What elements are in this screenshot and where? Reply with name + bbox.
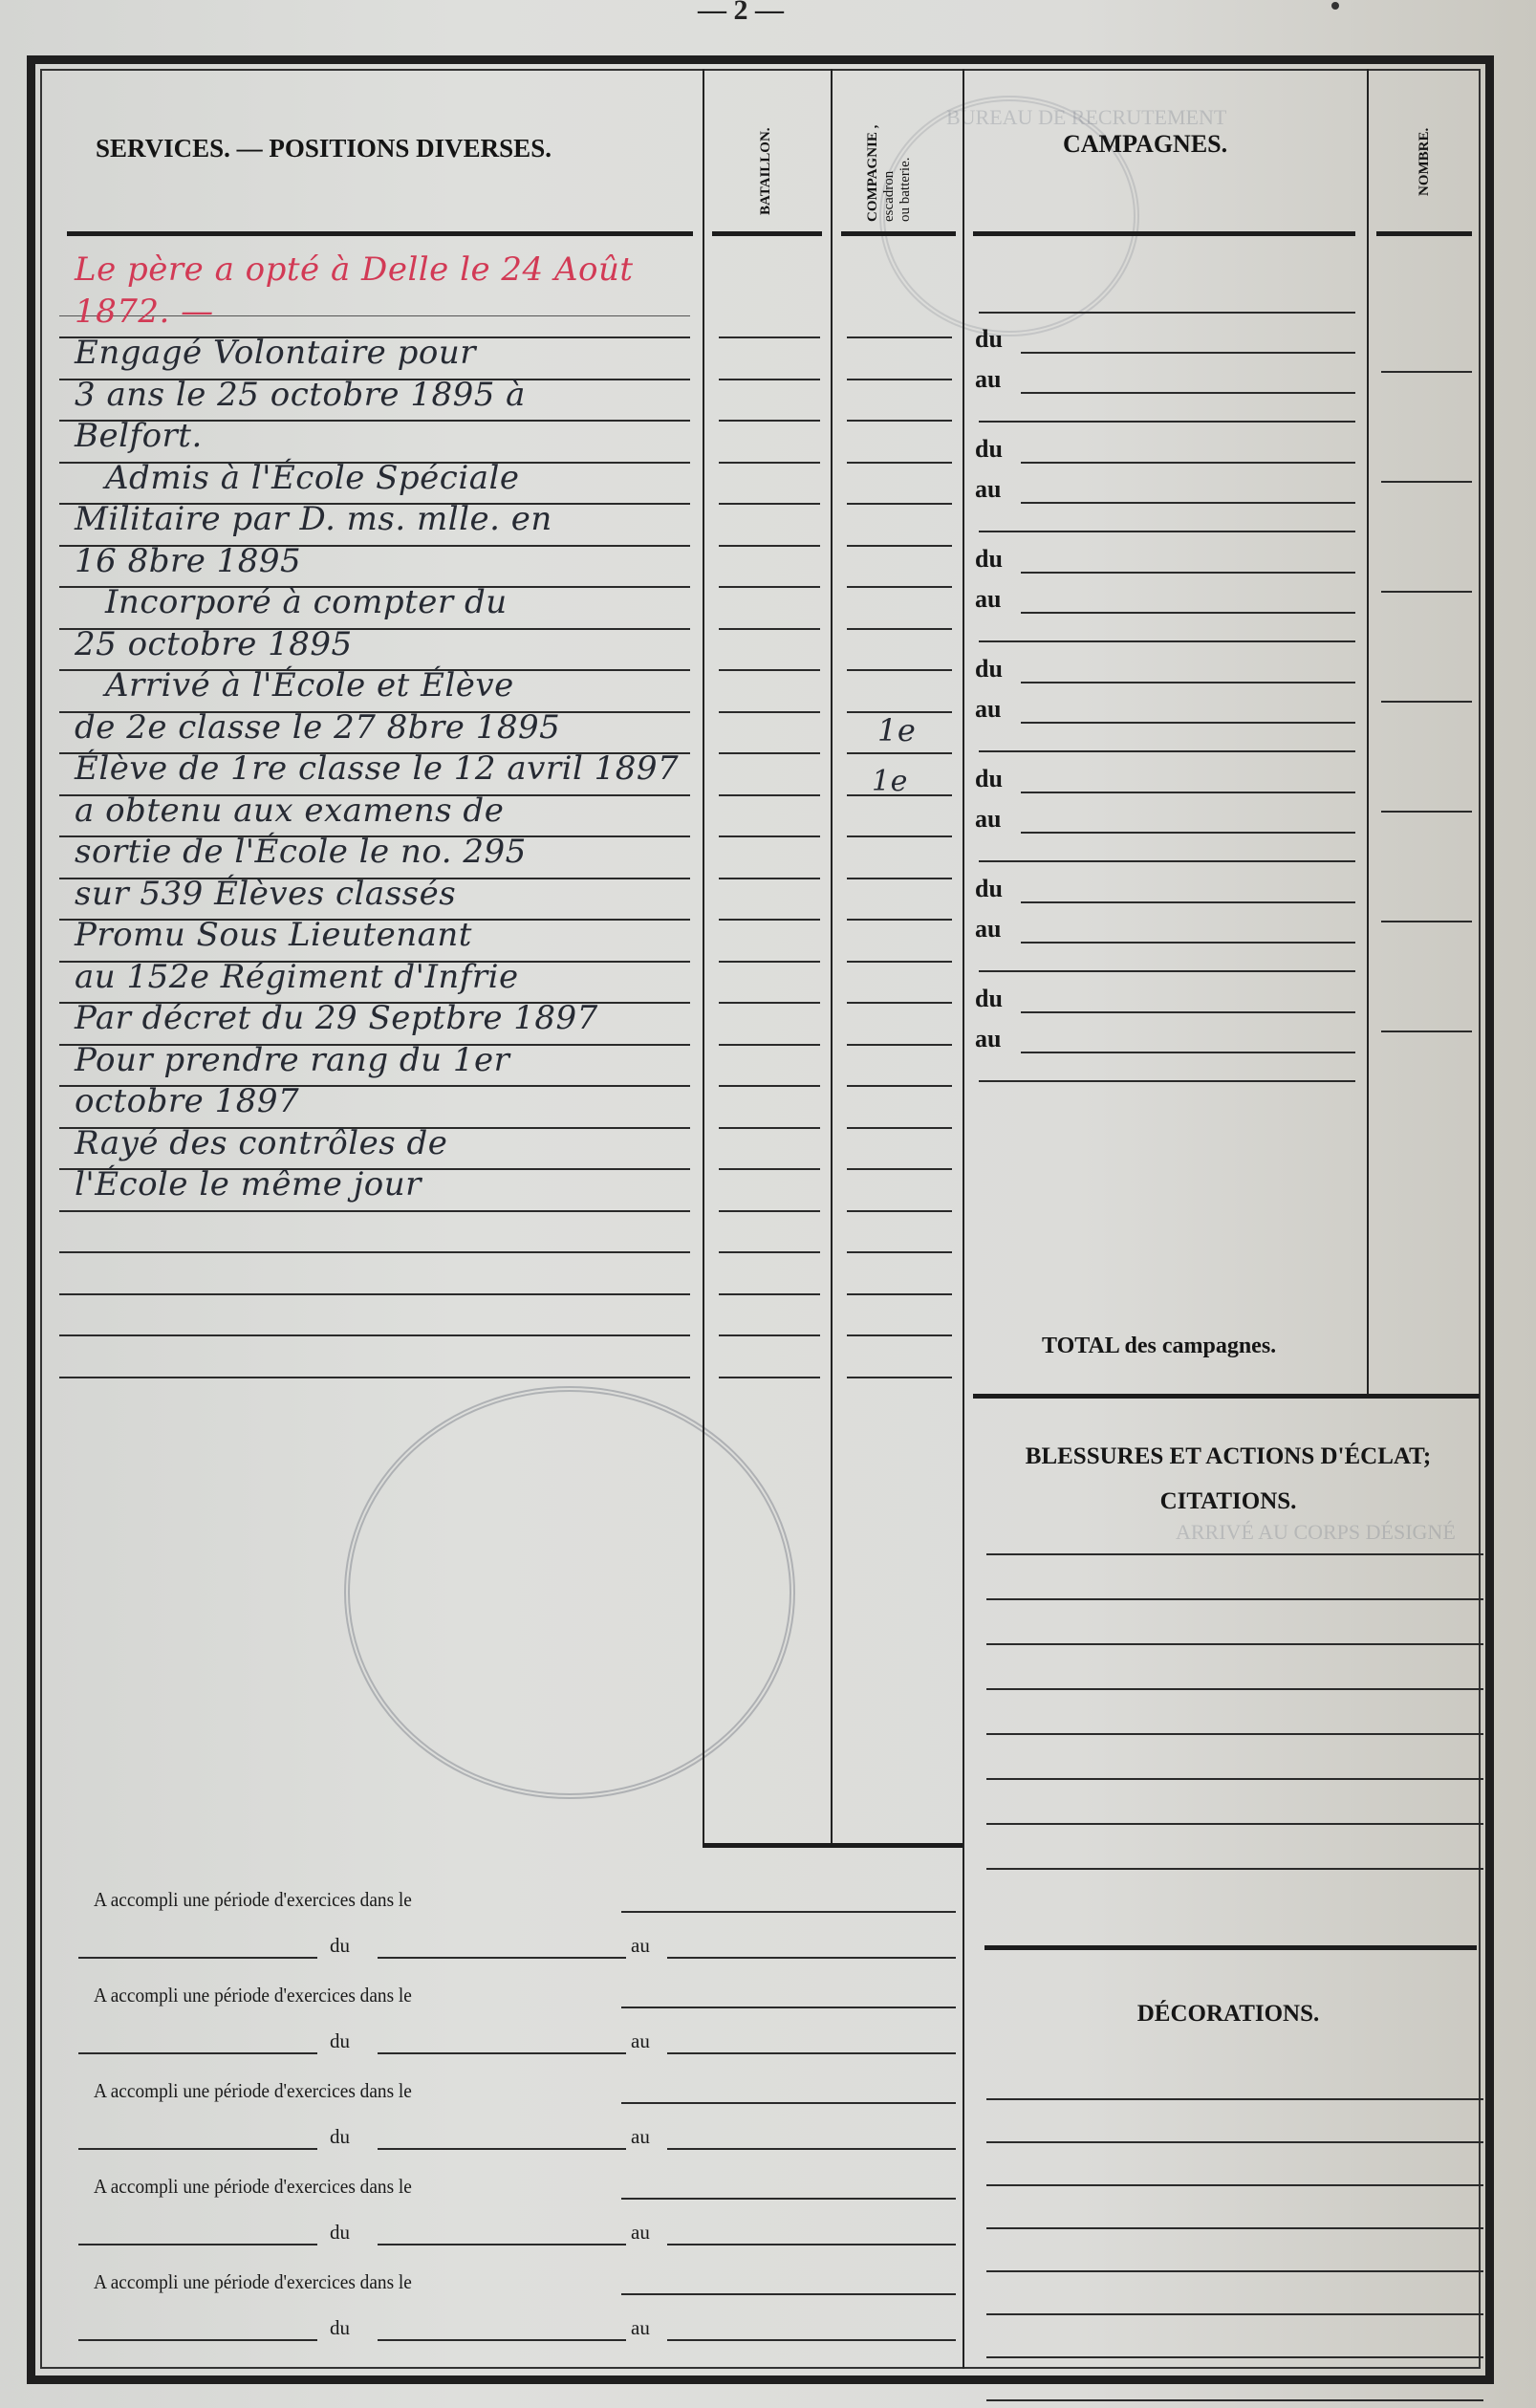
compagnie-rule-line <box>847 586 952 588</box>
periode-du-line <box>378 2244 626 2245</box>
bataillon-rule-line <box>719 1210 820 1212</box>
campagne-au-label: au <box>975 915 1001 944</box>
bataillon-rule-line <box>719 420 820 422</box>
periode-au-label: au <box>631 2316 650 2340</box>
campagne-du-line <box>1021 792 1355 793</box>
campagnes-bottom-rule <box>973 1394 1480 1399</box>
periode-pre-line <box>78 2148 317 2150</box>
campagne-du-line <box>1021 352 1355 354</box>
periode-du-label: du <box>330 1934 350 1958</box>
services-entry: Belfort. <box>75 417 203 455</box>
compagnie-rule-line <box>847 835 952 837</box>
campagne-au-line <box>1021 502 1355 504</box>
header-rule <box>712 231 822 236</box>
compagnie-rule-line <box>847 503 952 505</box>
services-entry: Rayé des contrôles de <box>75 1124 447 1162</box>
nombre-line <box>1381 481 1472 483</box>
bataillon-rule-line <box>719 336 820 338</box>
periode-label: A accompli une période d'exercices dans … <box>94 1984 412 2007</box>
bataillon-rule-line <box>719 1044 820 1046</box>
periode-du-line <box>378 1957 626 1959</box>
services-entry: Admis à l'École Spéciale <box>105 459 519 497</box>
compagnie-rule-line <box>847 1127 952 1129</box>
decorations-title: DÉCORATIONS. <box>975 2001 1482 2028</box>
services-rule-line <box>59 1334 690 1336</box>
campagne-separator-line <box>979 421 1355 423</box>
services-rule-line <box>59 1251 690 1253</box>
services-rule-line <box>59 1293 690 1295</box>
campagne-separator-line <box>979 640 1355 642</box>
periode-du-label: du <box>330 2316 350 2340</box>
campagne-du-line <box>1021 462 1355 464</box>
bataillon-rule-line <box>719 961 820 963</box>
bataillon-rule-line <box>719 1002 820 1004</box>
blessures-rule-line <box>986 1733 1483 1735</box>
compagnie-rule-line <box>847 752 952 754</box>
compagnie-rule-line <box>847 1085 952 1087</box>
services-entry: Arrivé à l'École et Élève <box>105 666 514 705</box>
periode-au-label: au <box>631 2221 650 2245</box>
blessures-rule-line <box>986 1823 1483 1825</box>
periode-du-line <box>378 2052 626 2054</box>
periode-au-label: au <box>631 1934 650 1958</box>
campagne-au-line <box>1021 722 1355 724</box>
campagne-separator-line <box>979 860 1355 862</box>
compagnie-rule-line <box>847 1293 952 1295</box>
services-entry: Par décret du 29 Septbre 1897 <box>75 999 598 1037</box>
campagne-du-label: du <box>975 435 1003 464</box>
blessures-title: BLESSURES ET ACTIONS D'ÉCLAT; <box>975 1443 1482 1470</box>
decorations-rule-line <box>986 2399 1483 2401</box>
services-entry: octobre 1897 <box>75 1082 299 1120</box>
divider-campagnes-nombre <box>1367 69 1369 1398</box>
campagne-separator-line <box>979 312 1355 314</box>
periode-label: A accompli une période d'exercices dans … <box>94 2270 412 2294</box>
periode-au-line <box>667 1957 956 1959</box>
bataillon-rule-line <box>719 1334 820 1336</box>
nombre-line <box>1381 921 1472 922</box>
services-entry: 16 8bre 1895 <box>75 542 301 580</box>
periode-corps-line <box>621 2102 956 2104</box>
services-entry: Incorporé à compter du <box>105 583 508 621</box>
periode-du-line <box>378 2339 626 2341</box>
compagnie-entry: 1e <box>872 765 908 798</box>
campagne-du-label: du <box>975 765 1003 793</box>
campagne-du-line <box>1021 682 1355 683</box>
compagnie-rule-line <box>847 1210 952 1212</box>
blessures-rule-line <box>986 1553 1483 1555</box>
services-entry: l'École le même jour <box>75 1165 422 1204</box>
nombre-line <box>1381 371 1472 373</box>
services-entry: Pour prendre rang du 1er <box>75 1041 509 1079</box>
compagnie-rule-line <box>847 462 952 464</box>
compagnie-rule-line <box>847 1251 952 1253</box>
campagne-du-line <box>1021 901 1355 903</box>
page-number: — 2 — <box>698 0 784 27</box>
compagnie-header-line: COMPAGNIE , <box>865 125 880 222</box>
campagne-au-label: au <box>975 1025 1001 1053</box>
services-header: SERVICES. — POSITIONS DIVERSES. <box>96 134 552 163</box>
compagnie-rule-line <box>847 379 952 380</box>
services-entry: sortie de l'École le no. 295 <box>75 833 527 871</box>
periode-corps-line <box>621 2198 956 2200</box>
periode-label: A accompli une période d'exercices dans … <box>94 1888 412 1912</box>
bataillon-rule-line <box>719 794 820 796</box>
campagne-au-line <box>1021 1052 1355 1053</box>
document-page: — 2 — BUREAU DE RECRUTEMENT ARRIVÉ AU CO… <box>0 0 1536 2408</box>
campagne-du-label: du <box>975 985 1003 1013</box>
campagne-au-line <box>1021 832 1355 834</box>
compagnie-rule-line <box>847 919 952 921</box>
compagnie-rule-line <box>847 336 952 338</box>
periode-label: A accompli une période d'exercices dans … <box>94 2175 412 2199</box>
bataillon-rule-line <box>719 1127 820 1129</box>
compagnie-rule-line <box>847 1002 952 1004</box>
periode-du-label: du <box>330 2221 350 2245</box>
services-entry: 1872. — <box>75 293 214 331</box>
services-entry: Militaire par D. ms. mlle. en <box>75 500 552 538</box>
campagne-separator-line <box>979 1080 1355 1082</box>
nombre-header: NOMBRE. <box>1417 100 1433 196</box>
nombre-line <box>1381 1030 1472 1032</box>
blessures-rule-line <box>986 1598 1483 1600</box>
decorations-rule-line <box>986 2356 1483 2358</box>
periode-pre-line <box>78 2244 317 2245</box>
periode-au-line <box>667 2052 956 2054</box>
ink-dot <box>1331 2 1339 10</box>
campagnes-header: CAMPAGNES. <box>1063 130 1227 159</box>
periode-pre-line <box>78 2052 317 2054</box>
nombre-line <box>1381 591 1472 593</box>
campagne-separator-line <box>979 750 1355 752</box>
bataillon-rule-line <box>719 752 820 754</box>
compagnie-rule-line <box>847 1334 952 1336</box>
compagnie-rule-line <box>847 1044 952 1046</box>
campagne-au-label: au <box>975 695 1001 724</box>
campagne-du-line <box>1021 572 1355 574</box>
compagnie-bottom-rule <box>703 1843 963 1848</box>
bataillon-rule-line <box>719 1168 820 1170</box>
periode-au-label: au <box>631 2029 650 2053</box>
blessures-bottom-rule <box>984 1945 1477 1950</box>
services-entry: de 2e classe le 27 8bre 1895 <box>75 708 560 747</box>
campagne-separator-line <box>979 531 1355 532</box>
campagne-au-line <box>1021 612 1355 614</box>
bataillon-rule-line <box>719 1293 820 1295</box>
bataillon-rule-line <box>719 1377 820 1378</box>
compagnie-entry: 1e <box>877 712 916 748</box>
periode-corps-line <box>621 2007 956 2008</box>
compagnie-header-line: escadron <box>881 171 897 222</box>
periode-label: A accompli une période d'exercices dans … <box>94 2079 412 2103</box>
services-entry: 3 ans le 25 octobre 1895 à <box>75 376 526 414</box>
bataillon-rule-line <box>719 1085 820 1087</box>
compagnie-rule-line <box>847 1377 952 1378</box>
divider-compagnie-campagnes <box>963 69 964 2369</box>
compagnie-header: COMPAGNIE , escadron ou batterie. <box>865 78 914 222</box>
decorations-rule-line <box>986 2313 1483 2315</box>
periode-corps-line <box>621 2293 956 2295</box>
services-entry: Promu Sous Lieutenant <box>75 916 472 954</box>
campagne-au-label: au <box>975 585 1001 614</box>
periode-du-label: du <box>330 2029 350 2053</box>
bataillon-rule-line <box>719 1251 820 1253</box>
compagnie-rule-line <box>847 628 952 630</box>
compagnie-rule-line <box>847 669 952 671</box>
campagne-au-line <box>1021 942 1355 944</box>
campagne-du-line <box>1021 1011 1355 1013</box>
nombre-line <box>1381 811 1472 813</box>
bataillon-rule-line <box>719 462 820 464</box>
campagne-du-label: du <box>975 325 1003 354</box>
periode-au-label: au <box>631 2125 650 2149</box>
blessures-rule-line <box>986 1643 1483 1645</box>
blessures-rule-line <box>986 1778 1483 1780</box>
bataillon-rule-line <box>719 919 820 921</box>
compagnie-rule-line <box>847 420 952 422</box>
compagnie-header-line: ou batterie. <box>898 158 913 222</box>
campagne-au-label: au <box>975 805 1001 834</box>
divider-services-bataillon <box>703 69 704 1847</box>
periode-pre-line <box>78 1957 317 1959</box>
periode-corps-line <box>621 1911 956 1913</box>
total-campagnes-label: TOTAL des campagnes. <box>1042 1334 1276 1359</box>
compagnie-rule-line <box>847 545 952 547</box>
services-entry: 25 octobre 1895 <box>75 625 353 663</box>
decorations-rule-line <box>986 2270 1483 2272</box>
divider-bataillon-compagnie <box>831 69 833 1847</box>
services-entry: Le père a opté à Delle le 24 Août <box>75 250 634 289</box>
bataillon-rule-line <box>719 669 820 671</box>
campagne-du-label: du <box>975 875 1003 903</box>
campagne-du-label: du <box>975 655 1003 683</box>
header-rule <box>67 231 693 236</box>
bataillon-header: BATAILLON. <box>758 91 774 215</box>
services-entry: au 152e Régiment d'Infrie <box>75 958 519 996</box>
compagnie-rule-line <box>847 878 952 879</box>
nombre-line <box>1381 701 1472 703</box>
blessures-rule-line <box>986 1868 1483 1870</box>
periode-au-line <box>667 2244 956 2245</box>
decorations-rule-line <box>986 2098 1483 2100</box>
citations-title: CITATIONS. <box>975 1488 1482 1515</box>
bataillon-rule-line <box>719 379 820 380</box>
campagne-du-label: du <box>975 545 1003 574</box>
periode-du-line <box>378 2148 626 2150</box>
services-rule-line <box>59 1210 690 1212</box>
periode-pre-line <box>78 2339 317 2341</box>
periode-au-line <box>667 2148 956 2150</box>
decorations-rule-line <box>986 2184 1483 2186</box>
header-rule <box>1376 231 1472 236</box>
services-rule-line <box>59 1377 690 1378</box>
services-entry: Engagé Volontaire pour <box>75 334 476 372</box>
periode-au-line <box>667 2339 956 2341</box>
campagne-au-label: au <box>975 475 1001 504</box>
bataillon-rule-line <box>719 545 820 547</box>
bataillon-rule-line <box>719 628 820 630</box>
compagnie-rule-line <box>847 1168 952 1170</box>
services-entry: sur 539 Élèves classés <box>75 875 456 913</box>
decorations-rule-line <box>986 2227 1483 2229</box>
services-entry: a obtenu aux examens de <box>75 792 504 830</box>
bataillon-rule-line <box>719 586 820 588</box>
bataillon-rule-line <box>719 878 820 879</box>
campagne-au-line <box>1021 392 1355 394</box>
decorations-rule-line <box>986 2141 1483 2143</box>
compagnie-rule-line <box>847 961 952 963</box>
blessures-rule-line <box>986 1688 1483 1690</box>
bataillon-rule-line <box>719 711 820 713</box>
header-rule <box>973 231 1355 236</box>
campagne-au-label: au <box>975 365 1001 394</box>
header-rule <box>841 231 956 236</box>
bataillon-rule-line <box>719 835 820 837</box>
bataillon-rule-line <box>719 503 820 505</box>
services-entry: Élève de 1re classe le 12 avril 1897 <box>75 749 679 788</box>
periode-du-label: du <box>330 2125 350 2149</box>
campagne-separator-line <box>979 970 1355 972</box>
